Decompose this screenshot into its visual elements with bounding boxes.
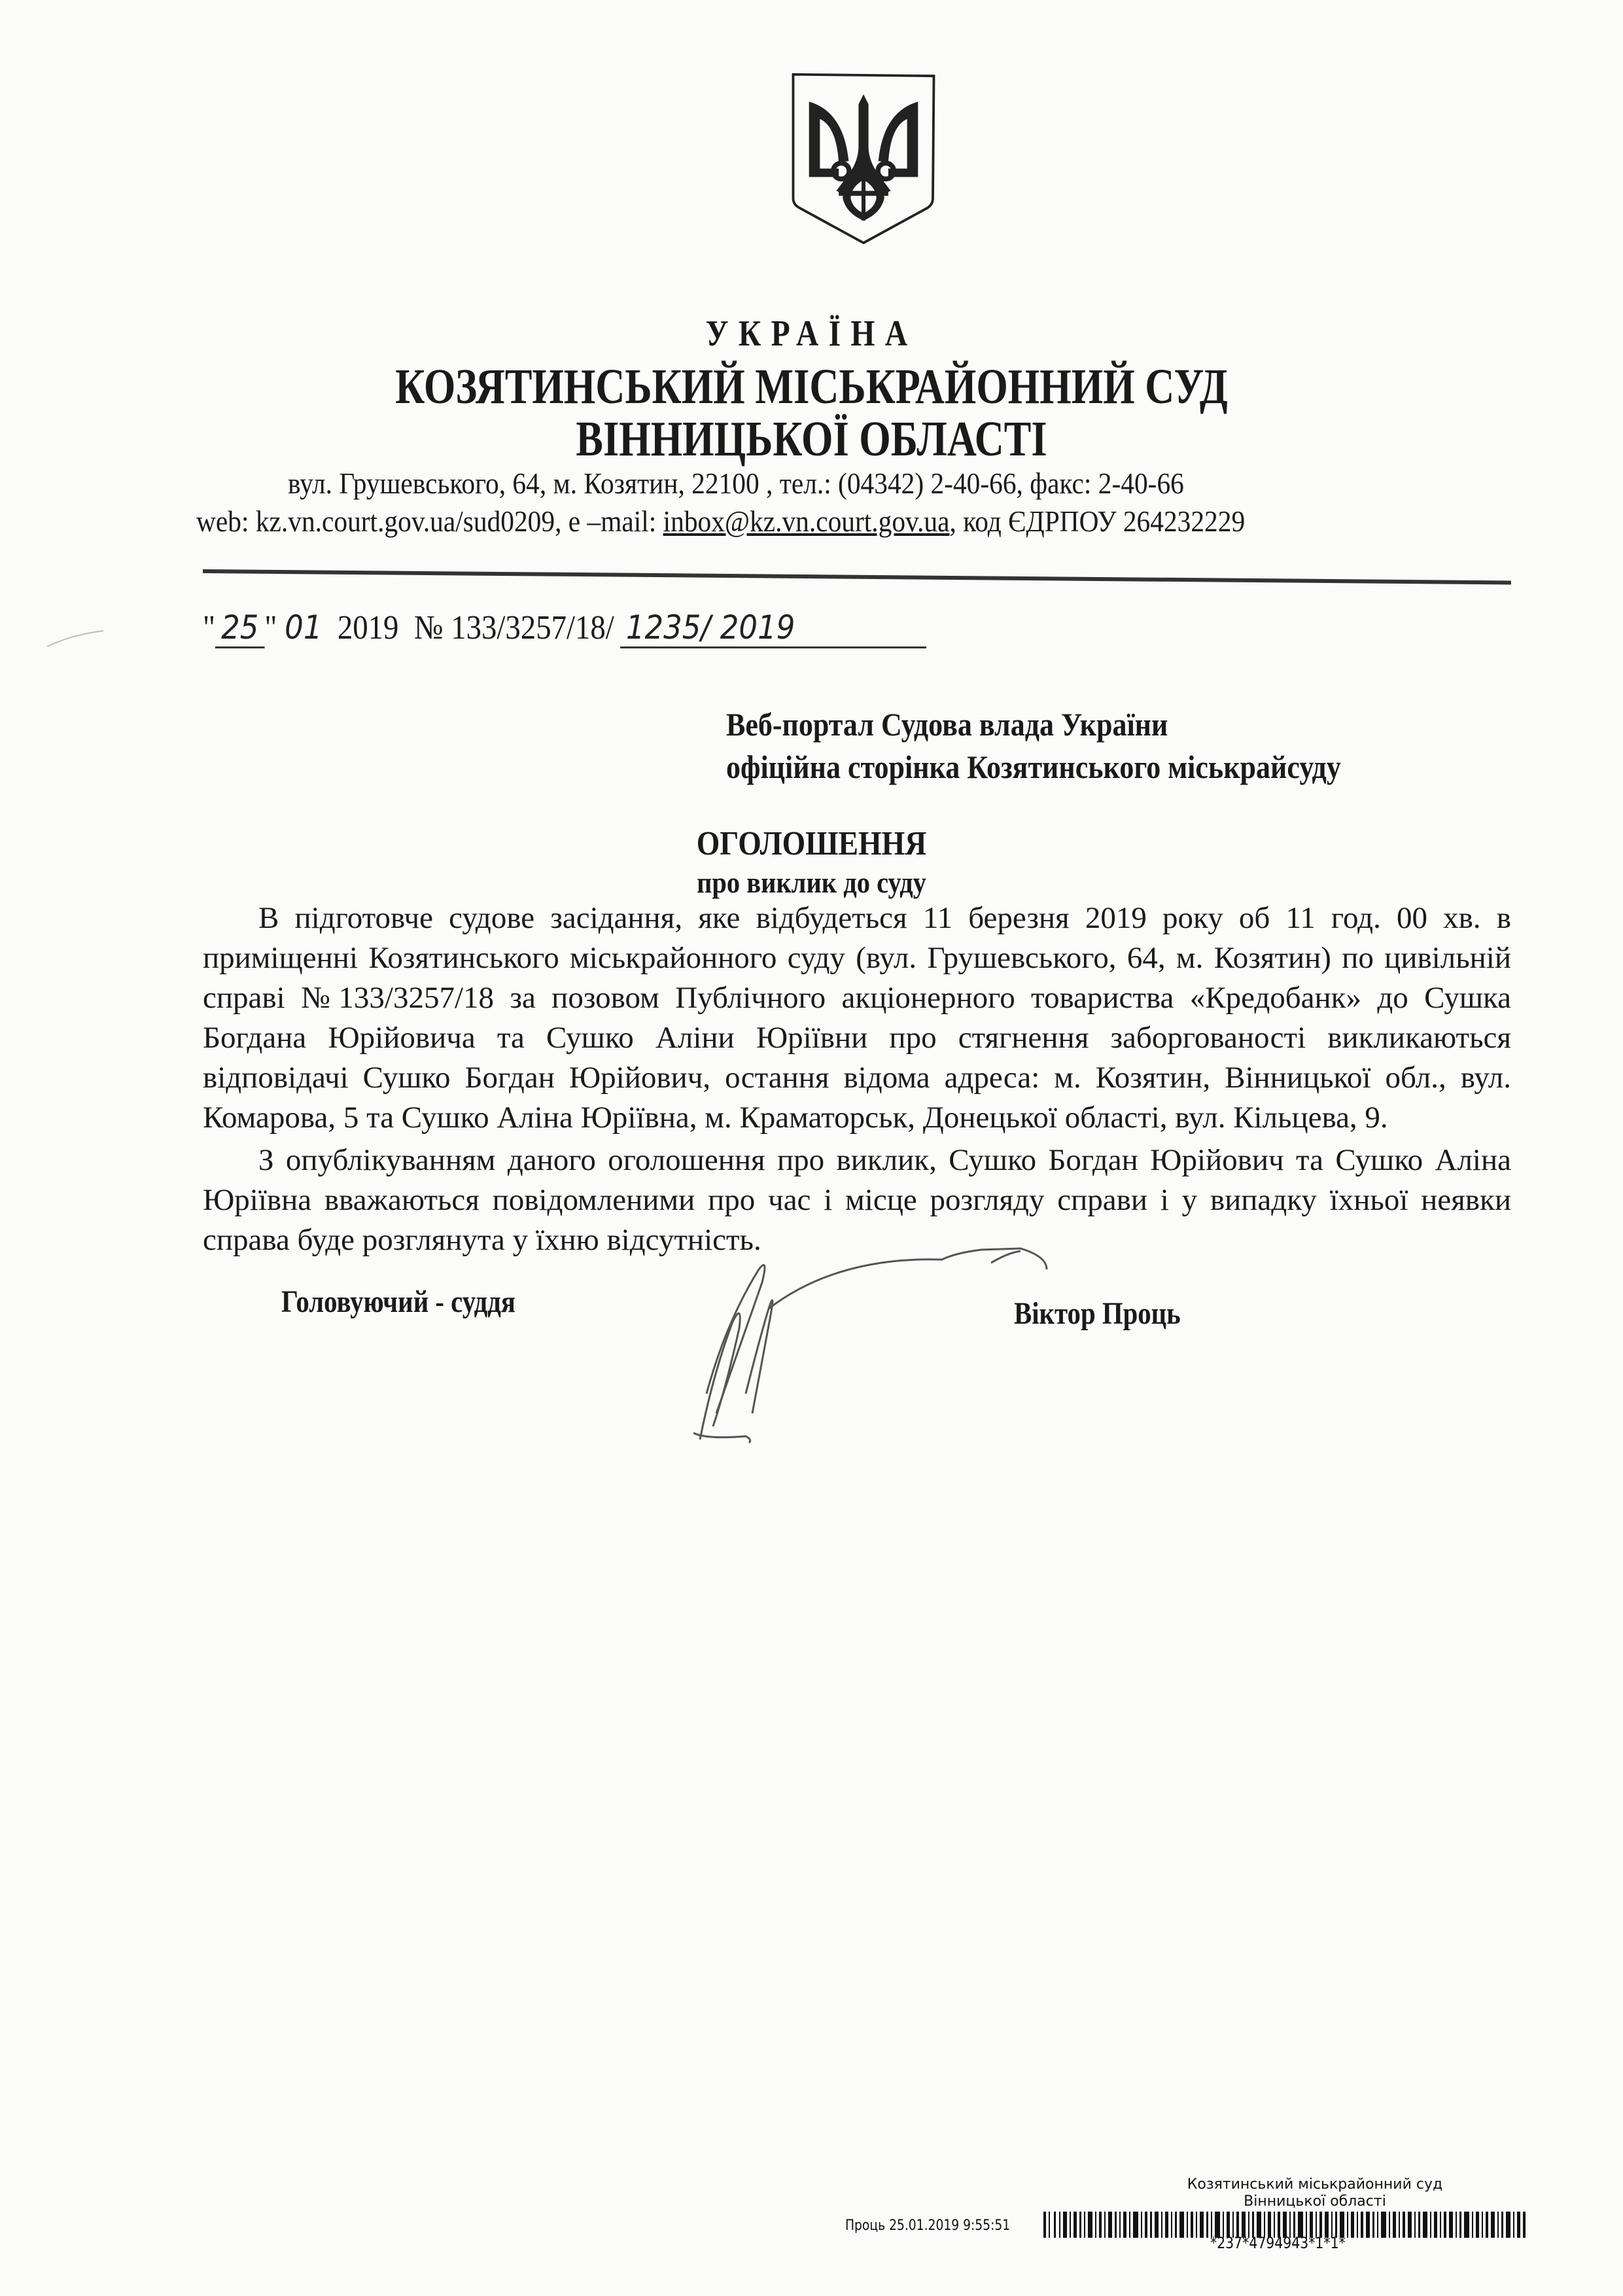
court-name-heading: КОЗЯТИНСЬКИЙ МІСЬКРАЙОННИЙ СУД [146,359,1476,415]
registration-day: 25 [215,609,264,648]
stamp-court-name: Козятинський міськрайонний суд Вінницько… [1112,2176,1518,2210]
web-label: web: kz.vn.court.gov.ua/sud0209, e –mail… [196,504,663,538]
quote-open: " [203,609,215,646]
edrpou-code: , код ЄДРПОУ 264232229 [949,504,1245,538]
stamp-court-line-2: Вінницької області [1112,2193,1518,2210]
notice-paragraph-2: З опублікуванням даного оголошення про в… [203,1140,1511,1260]
trident-icon [782,72,945,245]
registration-month: 01 [285,609,322,646]
outgoing-number: 1235/ 2019 [620,609,926,648]
stamp-signer-timestamp: Проць 25.01.2019 9:55:51 [845,2217,1010,2234]
stamp-court-line-1: Козятинський міськрайонний суд [1112,2176,1518,2193]
header-divider [203,569,1511,584]
registration-year: 2019 [338,609,399,646]
case-number: № 133/3257/18/ [414,609,614,646]
scan-artifact [46,628,105,648]
paragraph-1-text: В підготовче судове засідання, яке відбу… [203,901,1511,1135]
registration-line: "25" 01 2019 № 133/3257/18/1235/ 2019 [203,609,926,648]
country-heading: УКРАЇНА [122,313,1501,355]
notice-title: ОГОЛОШЕННЯ [97,824,1526,863]
barcode-value: *237*4794943*1*1* [1210,2234,1346,2252]
quote-close: " [264,609,277,646]
handwritten-signature [628,1243,1217,1459]
recipient-line-2: офіційна сторінка Козятинського міськрай… [726,748,1341,786]
email-link[interactable]: inbox@kz.vn.court.gov.ua [663,504,950,538]
recipient-line-1: Веб-портал Судова влада України [726,705,1168,743]
court-address: вул. Грушевського, 64, м. Козятин, 22100… [288,466,1184,501]
judge-role: Головуючий - суддя [281,1284,515,1320]
court-region-heading: ВІННИЦЬКОЇ ОБЛАСТІ [146,411,1476,468]
court-contacts: web: kz.vn.court.gov.ua/sud0209, e –mail… [196,504,1245,539]
paragraph-2-text: З опублікуванням даного оголошення про в… [203,1143,1511,1257]
judge-name: Віктор Проць [1014,1296,1181,1332]
notice-paragraph-1: В підготовче судове засідання, яке відбу… [203,898,1511,1138]
notice-subtitle: про виклик до суду [97,865,1526,900]
